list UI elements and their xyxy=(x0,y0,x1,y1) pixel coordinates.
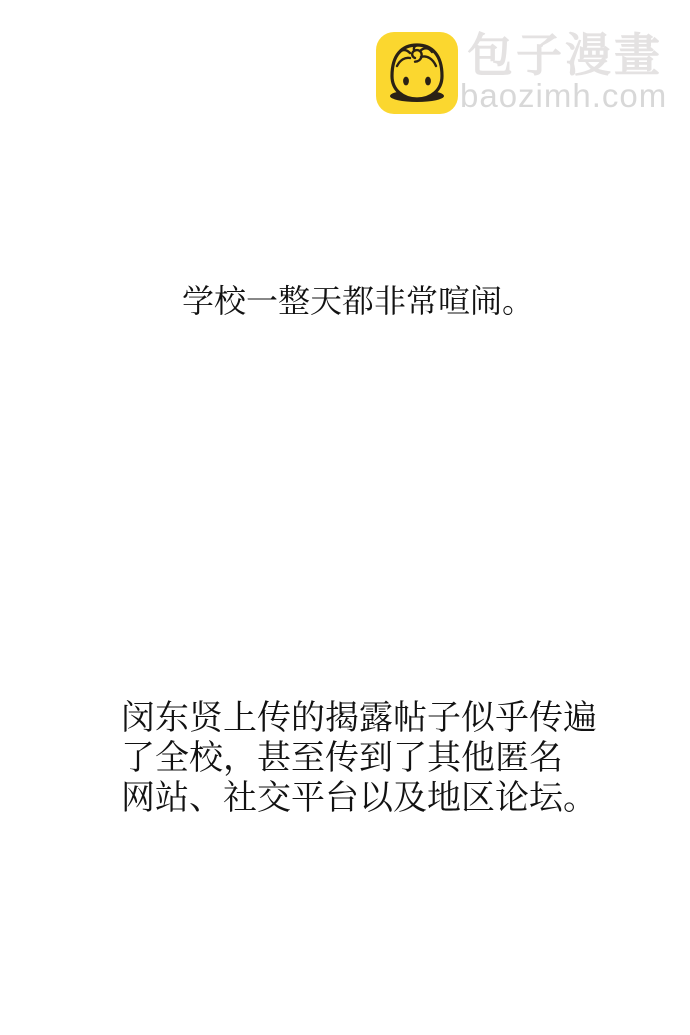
brand-url: baozimh.com xyxy=(460,82,667,109)
paragraph-line-2: 了全校，甚至传到了其他匿名 xyxy=(121,739,597,779)
narration-paragraph: 闵东贤上传的揭露帖子似乎传遍 了全校，甚至传到了其他匿名 网站、社交平台以及地区… xyxy=(121,699,597,819)
site-watermark: 包子漫畫 baozimh.com xyxy=(376,32,667,114)
paragraph-line-1: 闵东贤上传的揭露帖子似乎传遍 xyxy=(121,699,597,739)
brand-name: 包子漫畫 xyxy=(460,32,667,80)
narration-sentence: 学校一整天都非常喧闹。 xyxy=(182,282,534,320)
paragraph-line-3: 网站、社交平台以及地区论坛。 xyxy=(121,779,597,819)
brand-text-block: 包子漫畫 baozimh.com xyxy=(460,32,667,109)
baozi-logo-icon xyxy=(376,32,458,114)
